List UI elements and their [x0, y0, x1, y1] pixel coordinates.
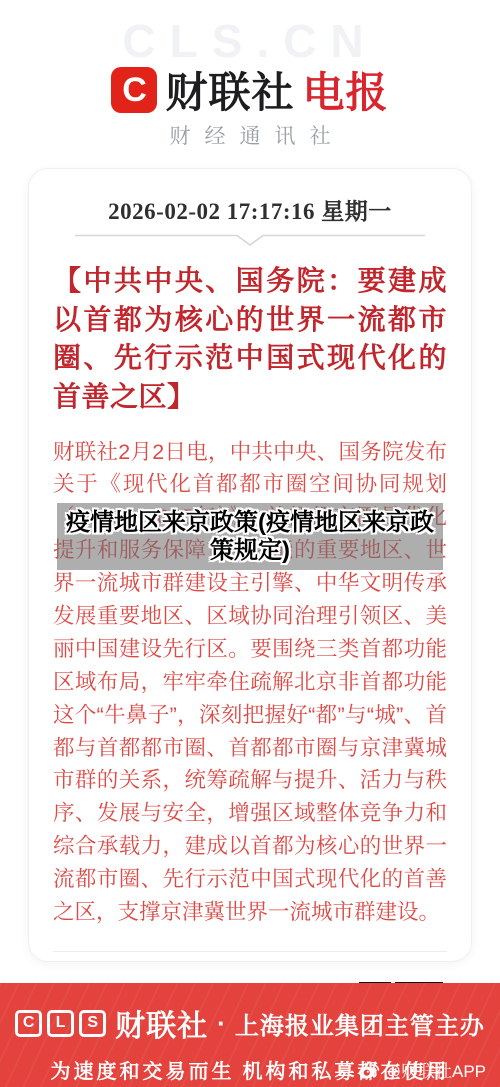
brand-suffix: 电报	[303, 60, 389, 120]
notch-divider	[74, 234, 426, 247]
cls-letter-c: C	[15, 1010, 42, 1037]
brand-name: 财联社	[165, 60, 294, 120]
article-headline: 【中共中央、国务院：要建成以首都为核心的世界一流都市圈、先行示范中国式现代化的首…	[53, 263, 447, 418]
brand-logo: C 财联社 电报	[0, 60, 500, 120]
weibo-icon	[358, 1061, 380, 1079]
publish-datetime: 2026-02-02 17:17:16 星期一	[53, 193, 447, 226]
cls-letter-boxes-icon: C L S	[15, 1010, 106, 1037]
footer-brand-row: C L S 财联社 · 上海报业集团主管主办	[0, 1001, 500, 1045]
app-header: CLS.CN C 财联社 电报 财经通讯社	[0, 0, 500, 168]
news-card: 2026-02-02 17:17:16 星期一 【中共中央、国务院：要建成以首都…	[28, 168, 472, 962]
brand-tagline: 财经通讯社	[0, 120, 500, 150]
app-footer: C L S 财联社 · 上海报业集团主管主办 为速度和交易而生 机构和私募都在使…	[0, 983, 500, 1087]
cls-letter-s: S	[79, 1010, 106, 1037]
weibo-handle: @财联社APP	[358, 1057, 486, 1082]
card-divider	[53, 951, 447, 952]
weibo-handle-text: @财联社APP	[384, 1057, 486, 1082]
cls-c-logo-icon: C	[111, 67, 157, 113]
footer-brand-name: 财联社	[115, 1001, 208, 1045]
seo-overlay-title: 疫情地区来京政策(疫情地区来京政策规定)	[57, 503, 443, 570]
footer-separator: ·	[217, 1008, 226, 1039]
footer-organizer: 上海报业集团主管主办	[235, 1006, 485, 1041]
cls-letter-l: L	[47, 1010, 74, 1037]
